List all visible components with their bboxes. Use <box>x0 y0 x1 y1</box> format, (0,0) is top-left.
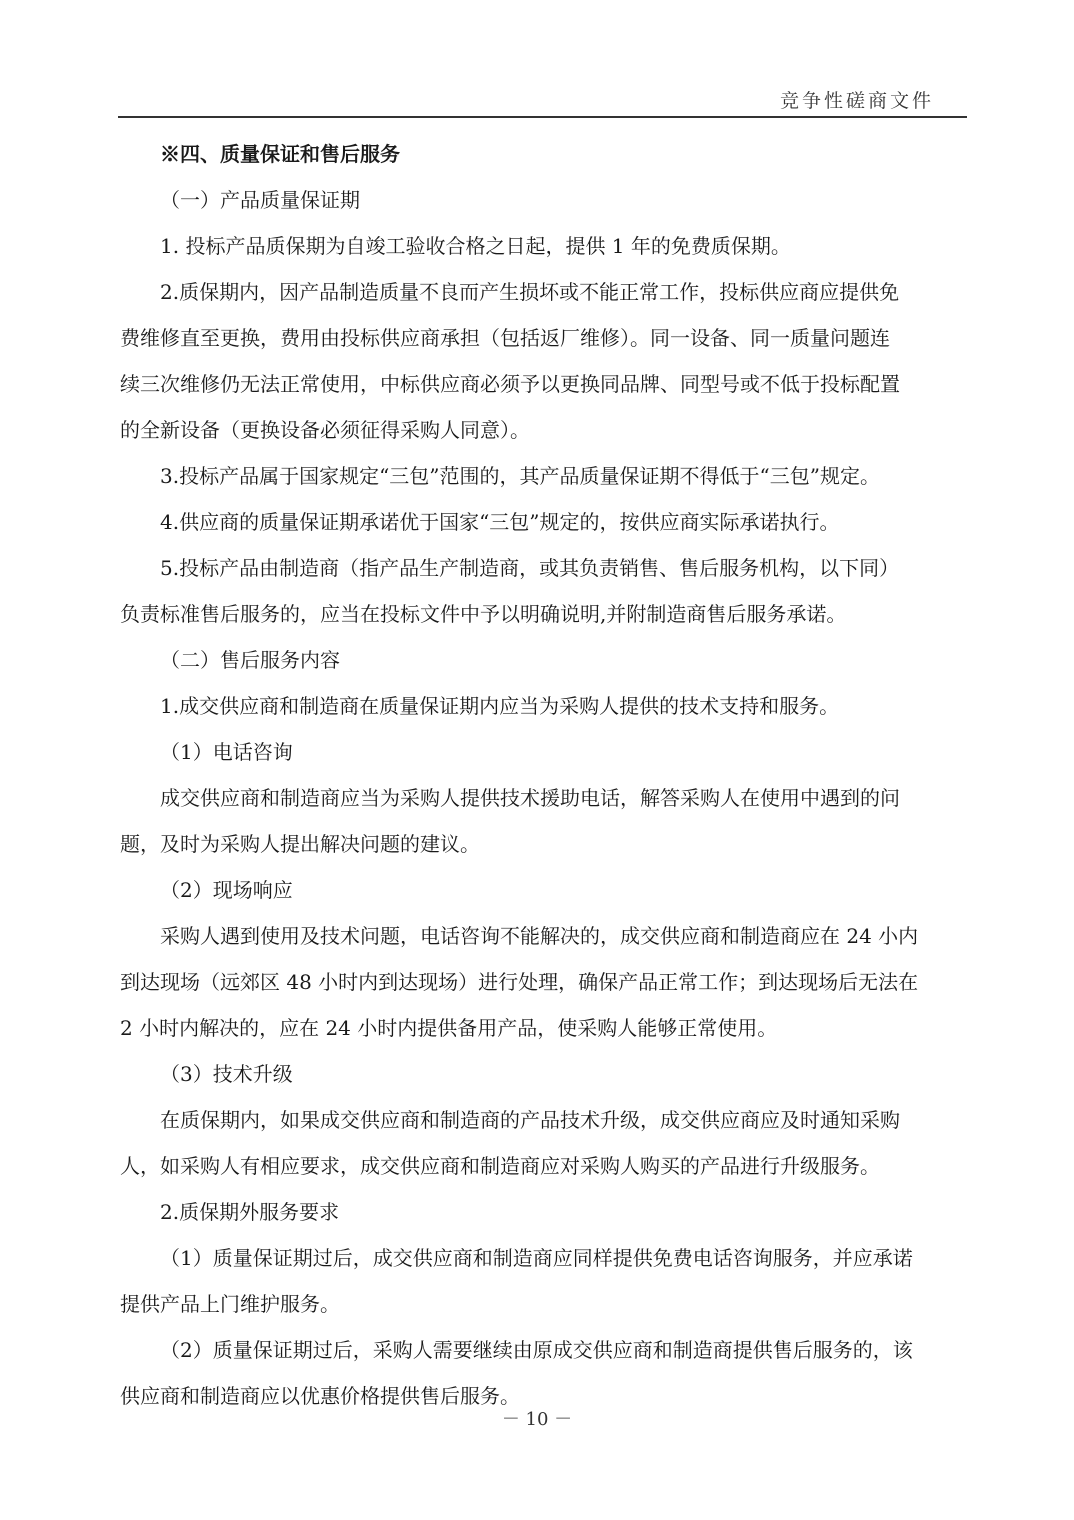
paragraph-line: 2.质保期内，因产品制造质量不良而产生损坏或不能正常工作，投标供应商应提供免 <box>120 269 970 315</box>
paragraph-line: 1.成交供应商和制造商在质量保证期内应当为采购人提供的技术支持和服务。 <box>120 683 970 729</box>
paragraph-line: 5.投标产品由制造商（指产品生产制造商，或其负责销售、售后服务机构，以下同） <box>120 545 970 591</box>
paragraph-line: 1. 投标产品质保期为自竣工验收合格之日起，提供 1 年的免费质保期。 <box>120 223 970 269</box>
item-title-tech-upgrade: （3）技术升级 <box>120 1051 970 1097</box>
paragraph-line: 人，如采购人有相应要求，成交供应商和制造商应对采购人购买的产品进行升级服务。 <box>120 1143 970 1189</box>
item-title-phone-consult: （1）电话咨询 <box>120 729 970 775</box>
document-body: ※四、质量保证和售后服务 （一）产品质量保证期 1. 投标产品质保期为自竣工验收… <box>120 131 970 1419</box>
header-divider <box>118 116 967 118</box>
paragraph-line: 在质保期内，如果成交供应商和制造商的产品技术升级，成交供应商应及时通知采购 <box>120 1097 970 1143</box>
paragraph-line: 提供产品上门维护服务。 <box>120 1281 970 1327</box>
page-header-title: 竞争性磋商文件 <box>780 86 934 113</box>
paragraph-line: 采购人遇到使用及技术问题，电话咨询不能解决的，成交供应商和制造商应在 24 小内 <box>120 913 970 959</box>
paragraph-line: （1）质量保证期过后，成交供应商和制造商应同样提供免费电话咨询服务，并应承诺 <box>120 1235 970 1281</box>
paragraph-line: 到达现场（远郊区 48 小时内到达现场）进行处理，确保产品正常工作；到达现场后无… <box>120 959 970 1005</box>
paragraph-line: 费维修直至更换，费用由投标供应商承担（包括返厂维修）。同一设备、同一质量问题连 <box>120 315 970 361</box>
paragraph-line: 负责标准售后服务的，应当在投标文件中予以明确说明,并附制造商售后服务承诺。 <box>120 591 970 637</box>
item-title-onsite-response: （2）现场响应 <box>120 867 970 913</box>
subsection-title-after-sales: （二）售后服务内容 <box>120 637 970 683</box>
paragraph-line: 3.投标产品属于国家规定“三包”范围的，其产品质量保证期不得低于“三包”规定。 <box>120 453 970 499</box>
paragraph-line: 成交供应商和制造商应当为采购人提供技术援助电话，解答采购人在使用中遇到的问 <box>120 775 970 821</box>
paragraph-line: 的全新设备（更换设备必须征得采购人同意）。 <box>120 407 970 453</box>
paragraph-line: 题，及时为采购人提出解决问题的建议。 <box>120 821 970 867</box>
page-number: － 10 － <box>0 1405 1074 1431</box>
paragraph-line: 续三次维修仍无法正常使用，中标供应商必须予以更换同品牌、同型号或不低于投标配置 <box>120 361 970 407</box>
paragraph-line: （2）质量保证期过后，采购人需要继续由原成交供应商和制造商提供售后服务的，该 <box>120 1327 970 1373</box>
item-title-post-warranty: 2.质保期外服务要求 <box>120 1189 970 1235</box>
paragraph-line: 2 小时内解决的，应在 24 小时内提供备用产品，使采购人能够正常使用。 <box>120 1005 970 1051</box>
paragraph-line: 4.供应商的质量保证期承诺优于国家“三包”规定的，按供应商实际承诺执行。 <box>120 499 970 545</box>
subsection-title-quality-period: （一）产品质量保证期 <box>120 177 970 223</box>
section-heading: ※四、质量保证和售后服务 <box>120 131 970 177</box>
